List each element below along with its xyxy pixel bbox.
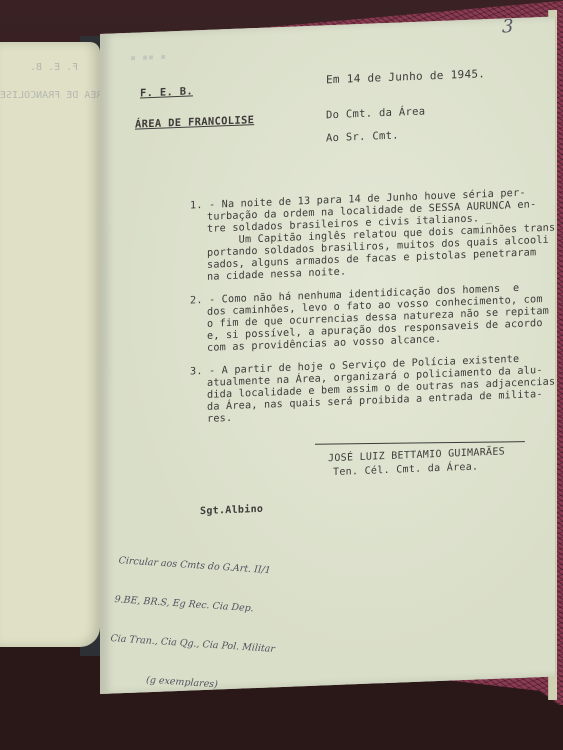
handwritten-line: Circular aos Cmts do G.Art. II/1: [118, 554, 284, 578]
typist-initials: Sgt.Albino: [200, 504, 263, 517]
left-page-ghost-unit: ÁREA DE FRANCOLISE: [0, 90, 100, 101]
header-to: Ao Sr. Cmt.: [326, 130, 399, 145]
signature-name: JOSÉ LUIZ BETTAMIO GUIMARÃES: [328, 446, 505, 464]
handwritten-distribution-note: Circular aos Cmts do G.Art. II/1 9.BE, B…: [103, 528, 286, 721]
page-number: 3: [502, 16, 513, 37]
handwritten-line: 9.BE, BR.S, Eg Rec. Cia Dep.: [114, 593, 280, 617]
header-org: F. E. B.: [140, 85, 193, 99]
header-date: Em 14 de Junho de 1945.: [326, 67, 485, 86]
header-from: Do Cmt. da Área: [326, 106, 425, 122]
signature-title: Ten. Cél. Cmt. da Área.: [333, 461, 478, 478]
left-facing-page: F. E. B. ÁREA DE FRANCOLISE: [0, 42, 100, 647]
document-page: 3 ▪ ▪▪ ▪ F. E. B. ÁREA DE FRANCOLISE Em …: [100, 17, 555, 694]
bleed-through-text: ▪ ▪▪ ▪: [130, 51, 166, 63]
paragraph-line: res.: [207, 413, 232, 426]
header-unit: ÁREA DE FRANCOLISE: [135, 114, 254, 131]
handwritten-line: (g exemplares): [106, 671, 272, 695]
handwritten-line: Cia Tran., Cia Qg., Cia Pol. Militar: [110, 632, 276, 656]
signature-line: [315, 441, 525, 445]
left-page-ghost-org: F. E. B.: [30, 62, 78, 73]
